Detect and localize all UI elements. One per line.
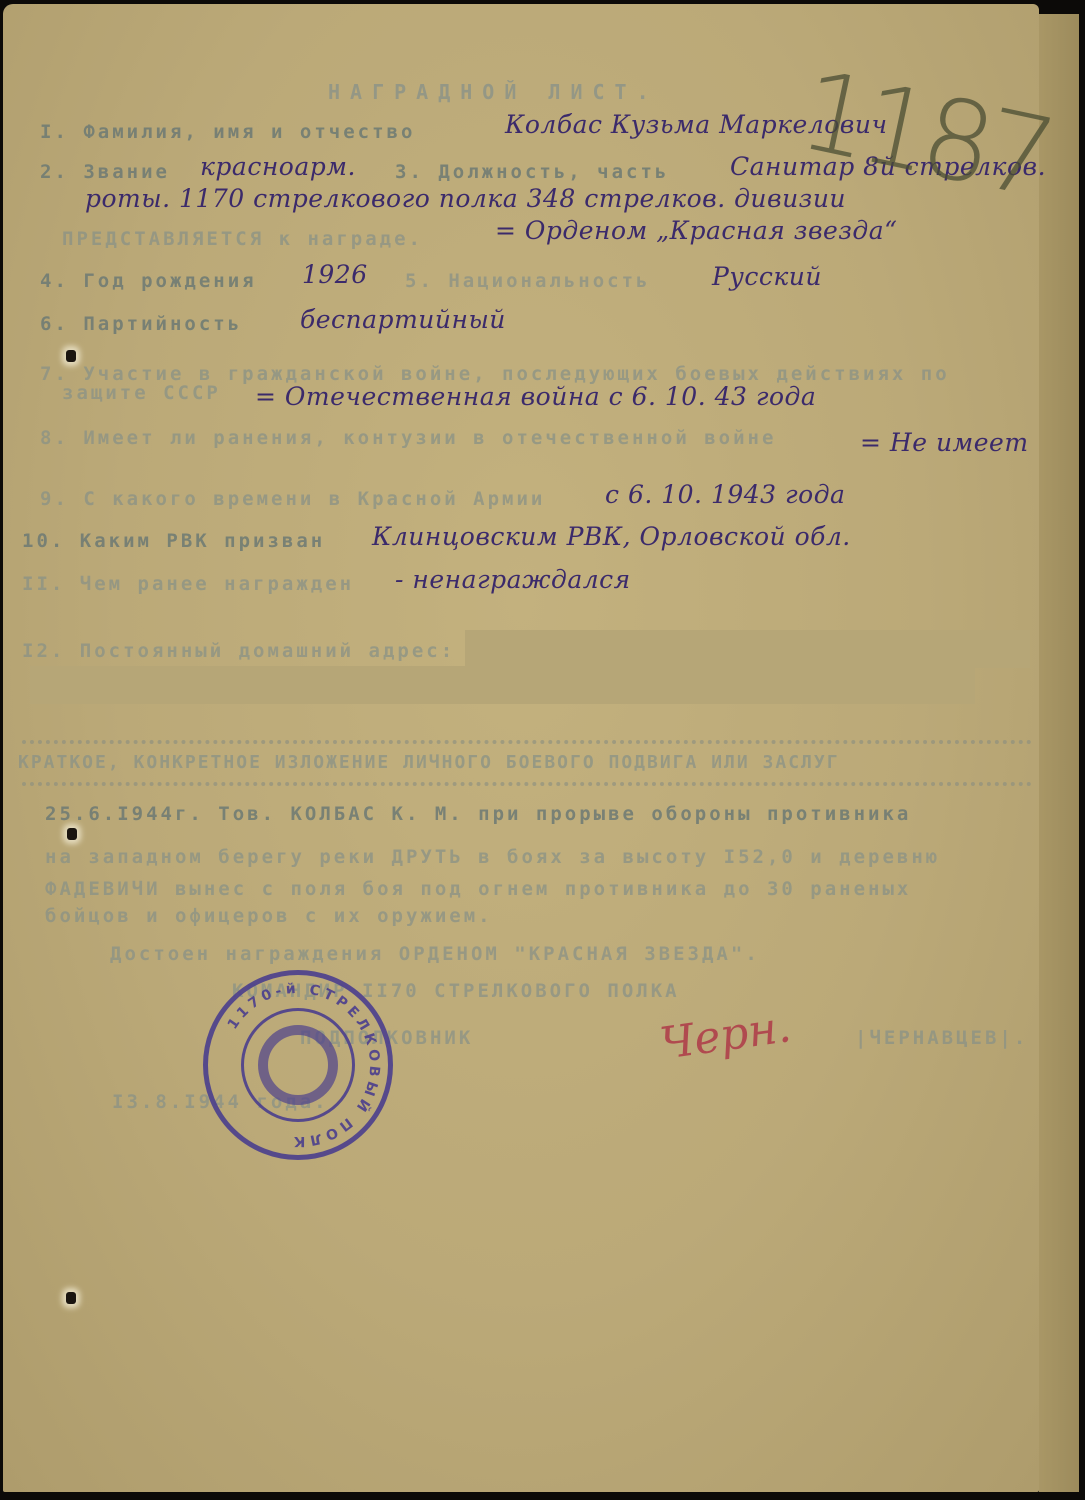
page-edge xyxy=(1039,14,1079,1492)
field-value-previous-awards: - ненаграждался xyxy=(395,565,631,594)
field-value-civil-war: = Отечественная война с 6. 10. 43 года xyxy=(255,382,816,411)
document-title: НАГРАДНОЙ ЛИСТ. xyxy=(328,80,659,104)
narrative-line-1: 25.6.I944г. Тов. КОЛБАС К. М. при прорыв… xyxy=(45,803,911,825)
field-label-conscription: 10. Каким РВК призван xyxy=(22,530,325,552)
redacted-address-2 xyxy=(30,666,975,704)
field-value-unit: роты. 1170 стрелкового полка 348 стрелко… xyxy=(85,184,846,213)
dotted-rule-bottom xyxy=(22,782,1032,786)
field-value-birth-year: 1926 xyxy=(302,260,368,289)
field-label-birth-year: 4. Год рождения xyxy=(40,270,257,292)
field-label-recommended: ПРЕДСТАВЛЯЕТСЯ к награде. xyxy=(62,228,423,250)
field-value-conscription: Клинцовским РВК, Орловской обл. xyxy=(372,522,851,551)
field-value-party: беспартийный xyxy=(300,305,506,334)
field-label-nationality: 5. Национальность xyxy=(405,270,650,292)
field-value-rank: красноарм. xyxy=(200,152,356,181)
unit-stamp: 1170-й СТРЕЛКОВЫЙ ПОЛК xyxy=(203,970,393,1160)
field-value-wounds: = Не имеет xyxy=(860,428,1029,457)
field-label-rank: 2. Звание xyxy=(40,161,170,183)
dotted-rule-top xyxy=(22,740,1032,744)
field-label-position: 3. Должность, часть xyxy=(395,161,669,183)
field-label-service-start: 9. С какого времени в Красной Армии xyxy=(40,488,545,510)
field-label-party: 6. Партийность xyxy=(40,313,242,335)
narrative-line-4: бойцов и офицеров с их оружием. xyxy=(45,905,493,927)
signer-name: |ЧЕРНАВЦЕВ|. xyxy=(855,1027,1028,1049)
field-value-service-start: с 6. 10. 1943 года xyxy=(605,480,845,509)
redacted-address xyxy=(465,630,1030,668)
field-label-name: I. Фамилия, имя и отчество xyxy=(40,121,415,143)
field-label-civil-war-2: защите СССР xyxy=(62,382,221,404)
punch-hole xyxy=(66,1292,76,1304)
field-value-recommended: = Орденом „Красная звезда“ xyxy=(495,216,897,245)
field-value-nationality: Русский xyxy=(712,262,822,291)
svg-text:1170-й СТРЕЛКОВЫЙ ПОЛК: 1170-й СТРЕЛКОВЫЙ ПОЛК xyxy=(225,981,383,1149)
field-label-address: I2. Постоянный домашний адрес: xyxy=(22,640,455,662)
punch-hole xyxy=(67,828,77,840)
narrative-line-3: ФАДЕВИЧИ вынес с поля боя под огнем прот… xyxy=(45,878,911,900)
stamp-ring-text: 1170-й СТРЕЛКОВЫЙ ПОЛК xyxy=(208,975,388,1155)
section-heading: КРАТКОЕ, КОНКРЕТНОЕ ИЗЛОЖЕНИЕ ЛИЧНОГО БО… xyxy=(18,752,840,773)
narrative-line-5: Достоен награждения ОРДЕНОМ "КРАСНАЯ ЗВЕ… xyxy=(110,943,760,965)
field-label-wounds: 8. Имеет ли ранения, контузии в отечеств… xyxy=(40,427,776,449)
field-label-previous-awards: II. Чем ранее награжден xyxy=(22,573,354,595)
punch-hole xyxy=(66,350,76,362)
narrative-line-2: на западном берегу реки ДРУТЬ в боях за … xyxy=(45,846,940,868)
